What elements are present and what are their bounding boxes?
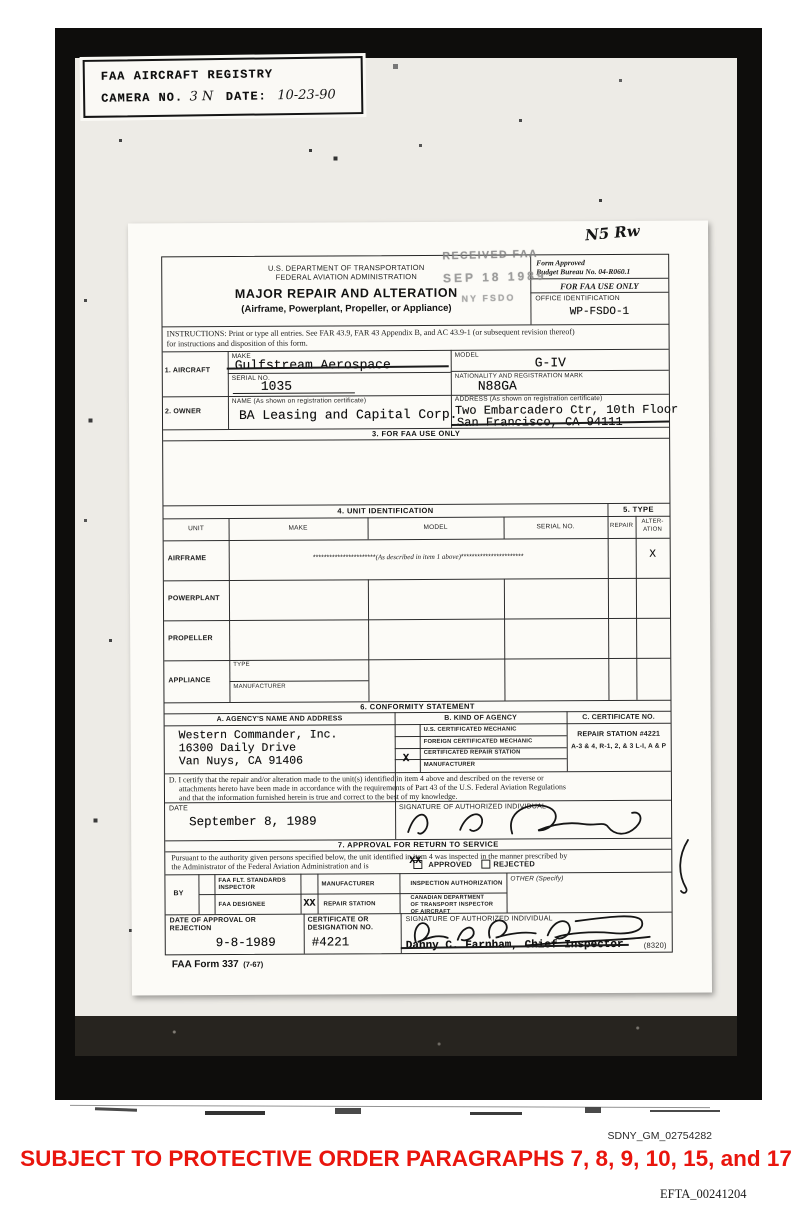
by-flt-standards-line2: INSPECTOR (218, 885, 255, 892)
col-serial: SERIAL NO. (504, 523, 608, 531)
make-serial-divider (228, 372, 451, 374)
scan-scratch-mark (650, 1110, 720, 1112)
col-repair: REPAIR (608, 523, 636, 530)
propeller-bottom-line (164, 658, 670, 662)
airframe-alteration-mark: X (636, 549, 670, 561)
approval-date-label1: DATE OF APPROVAL OR (170, 917, 256, 925)
agency-name: Western Commander, Inc. (179, 728, 338, 742)
scan-scratch-mark (205, 1111, 265, 1115)
col-alteration-1: ALTER- (636, 519, 670, 526)
handwritten-hook-mark (672, 838, 694, 896)
aircraft-label-divider (228, 351, 229, 429)
scan-scratch-line (70, 1105, 710, 1108)
agency-addr2: Van Nuys, CA 91406 (179, 755, 303, 769)
approval-date-value: 9-8-1989 (216, 936, 276, 950)
by-divider-6 (506, 873, 507, 913)
repair-alter-divider (636, 516, 638, 700)
nationality-label: NATIONALITY AND REGISTRATION MARK (455, 372, 583, 380)
header-right-line2 (530, 292, 668, 294)
received-stamp: RECEIVED FAA SEP 18 1989 NY FSDO (442, 248, 547, 305)
other-specify-label: OTHER (Specify) (510, 875, 563, 883)
by-canadian-line1: CANADIAN DEPARTMENT (411, 895, 485, 902)
form-paper: U.S. DEPARTMENT OF TRANSPORTATION FEDERA… (128, 220, 712, 995)
form-subtitle: (Airframe, Powerplant, Propeller, or App… (162, 302, 530, 315)
col-unit: UNIT (164, 525, 229, 533)
received-stamp-line2: SEP 18 1989 (443, 269, 547, 286)
unit-id-title: 4. UNIT IDENTIFICATION (163, 506, 607, 516)
conformity-col-a: A. AGENCY'S NAME AND ADDRESS (165, 715, 395, 724)
serial-underline (233, 392, 355, 394)
owner-row-label: 2. OWNER (165, 408, 227, 416)
scanned-document-page: FAA AIRCRAFT REGISTRY CAMERA NO. 3 N DAT… (0, 0, 812, 1225)
aircraft-row-label: 1. AIRCRAFT (165, 367, 227, 375)
type-col-divider (607, 503, 609, 700)
bates-number-top: SDNY_GM_02754282 (600, 1130, 712, 1142)
by-manufacturer: MANUFACTURER (321, 881, 374, 888)
type-title: 5. TYPE (607, 506, 669, 514)
unit-col3-divider-bottom (504, 579, 506, 701)
camera-card-line2: CAMERA NO. 3 N DATE: 10-23-90 (101, 85, 336, 106)
certificate-line2: A-3 & 4, R-1, 2, & 3 L-I, A & P (567, 743, 671, 751)
kind-row-repair-station: CERTIFICATED REPAIR STATION (424, 749, 521, 756)
instructions-bottom-line (163, 349, 669, 353)
col-model: MODEL (368, 524, 504, 532)
cert-label2: DESIGNATION NO. (308, 924, 374, 932)
nationality-value: N88GA (478, 378, 517, 393)
form-revision: (7-67) (243, 960, 263, 969)
cert-value: #4221 (312, 935, 350, 949)
propeller-label: PROPELLER (168, 635, 213, 643)
agency-addr1: 16300 Daily Drive (179, 742, 296, 756)
office-id-label: OFFICE IDENTIFICATION (535, 295, 620, 303)
conformity-col-b: B. KIND OF AGENCY (395, 714, 567, 723)
model-label: MODEL (455, 352, 479, 360)
conformity-date-label: DATE (169, 805, 188, 813)
scan-scratch-mark (470, 1112, 522, 1115)
repair-station-mark: XX (304, 899, 316, 910)
form-code: (8320) (644, 942, 667, 951)
received-stamp-line1: RECEIVED FAA (442, 248, 546, 263)
model-value: G-IV (535, 355, 566, 370)
instructions-line1: INSTRUCTIONS: Print or type all entries.… (167, 327, 575, 338)
powerplant-bottom-line (164, 618, 670, 622)
scan-scratch-mark (95, 1107, 137, 1111)
kind-row-foreign-mechanic: FOREIGN CERTIFICATED MECHANIC (424, 738, 533, 745)
airframe-note-text: (As described in item 1 above) (376, 553, 461, 561)
camera-date-label: DATE: (226, 89, 267, 104)
conformity-col-c: C. CERTIFICATE NO. (567, 714, 671, 723)
by-faa-designee: FAA DESIGNEE (219, 902, 266, 909)
scan-scratch-mark (585, 1107, 601, 1113)
approved-mark: XX (409, 856, 421, 867)
by-table-top-line (165, 872, 671, 876)
camera-registry-card: FAA AIRCRAFT REGISTRY CAMERA NO. 3 N DAT… (83, 56, 364, 118)
form-approved-line2: Budget Bureau No. 04-R060.1 (536, 267, 630, 276)
owner-name-label: NAME (As shown on registration certifica… (232, 397, 366, 405)
office-id-value: WP-FSDO-1 (530, 306, 668, 319)
col-alteration-2: ATION (636, 527, 670, 534)
unit-header-bottom-line (164, 538, 670, 542)
make-value: Gulfstream Aerospace (235, 357, 391, 373)
instructions-line2: for instructions and disposition of this… (167, 339, 308, 349)
appliance-type-label: TYPE (233, 662, 250, 669)
approved-label: APPROVED (428, 861, 472, 870)
rejected-label: REJECTED (493, 860, 535, 869)
bates-number-bottom: EFTA_00241204 (660, 1187, 790, 1202)
appliance-mfr-label: MANUFACTURER (233, 684, 285, 691)
certificate-line1: REPAIR STATION #4221 (567, 731, 671, 740)
by-repair-station: REPAIR STATION (324, 901, 376, 908)
by-canadian-line2: OF TRANSPORT INSPECTOR (411, 902, 494, 909)
bottom-divider-1 (304, 914, 305, 954)
airframe-asterisks-right: *********************** (461, 553, 524, 560)
powerplant-label: POWERPLANT (168, 595, 220, 603)
airframe-label: AIRFRAME (168, 555, 207, 563)
faa-form-337: U.S. DEPARTMENT OF TRANSPORTATION FEDERA… (161, 254, 673, 956)
by-inspection-authorization: INSPECTION AUTHORIZATION (410, 881, 502, 888)
header-right-line1 (530, 278, 668, 280)
scan-noise-specks (0, 0, 1, 1)
protective-order-text: SUBJECT TO PROTECTIVE ORDER PARAGRAPHS 7… (0, 1146, 812, 1172)
col-make: MAKE (229, 524, 368, 532)
unit-col1-divider (229, 518, 231, 702)
by-label: BY (173, 890, 183, 898)
kind-check-mark: X (403, 753, 410, 765)
scan-scratch-mark (335, 1108, 361, 1114)
kind-row-line1 (395, 735, 567, 737)
camera-no-value-handwritten: 3 N (189, 89, 213, 104)
appliance-label: APPLIANCE (168, 677, 210, 685)
form-footer: FAA Form 337 (7-67) (172, 954, 263, 972)
camera-card-title: FAA AIRCRAFT REGISTRY (101, 67, 273, 83)
approval-date-label2: REJECTION (170, 925, 212, 933)
unit-col2-divider-bottom (368, 579, 370, 701)
airframe-note: ***********************(As described in … (229, 552, 608, 562)
kind-row-manufacturer: MANUFACTURER (424, 762, 475, 769)
airframe-bottom-line (164, 578, 670, 582)
by-flt-standards-line1: FAA FLT. STANDARDS (218, 878, 286, 885)
conformity-date-value: September 8, 1989 (189, 815, 317, 830)
approval-para-line2: the Administrator of the Federal Aviatio… (171, 861, 368, 871)
authorized-signature-script (400, 797, 670, 842)
header-bottom-line (163, 324, 669, 328)
owner-address-label: ADDRESS (As shown on registration certif… (455, 395, 603, 403)
camera-no-label: CAMERA NO. (101, 91, 183, 106)
appliance-sub-divider (229, 680, 368, 682)
airframe-asterisks-left: *********************** (313, 554, 376, 561)
rejected-checkbox (481, 860, 490, 869)
camera-date-value-handwritten: 10-23-90 (277, 87, 336, 103)
serial-value: 1035 (261, 379, 292, 394)
kind-row-us-mechanic: U.S. CERTIFICATED MECHANIC (424, 726, 517, 733)
scan-dark-band (75, 1016, 737, 1056)
form-number: FAA Form 337 (172, 959, 239, 970)
kind-row-line3 (395, 758, 567, 760)
owner-name-value: BA Leasing and Capital Corp. (239, 407, 458, 423)
faa-use-only-label: FOR FAA USE ONLY (530, 281, 668, 292)
unit-header-top-line (164, 516, 670, 520)
